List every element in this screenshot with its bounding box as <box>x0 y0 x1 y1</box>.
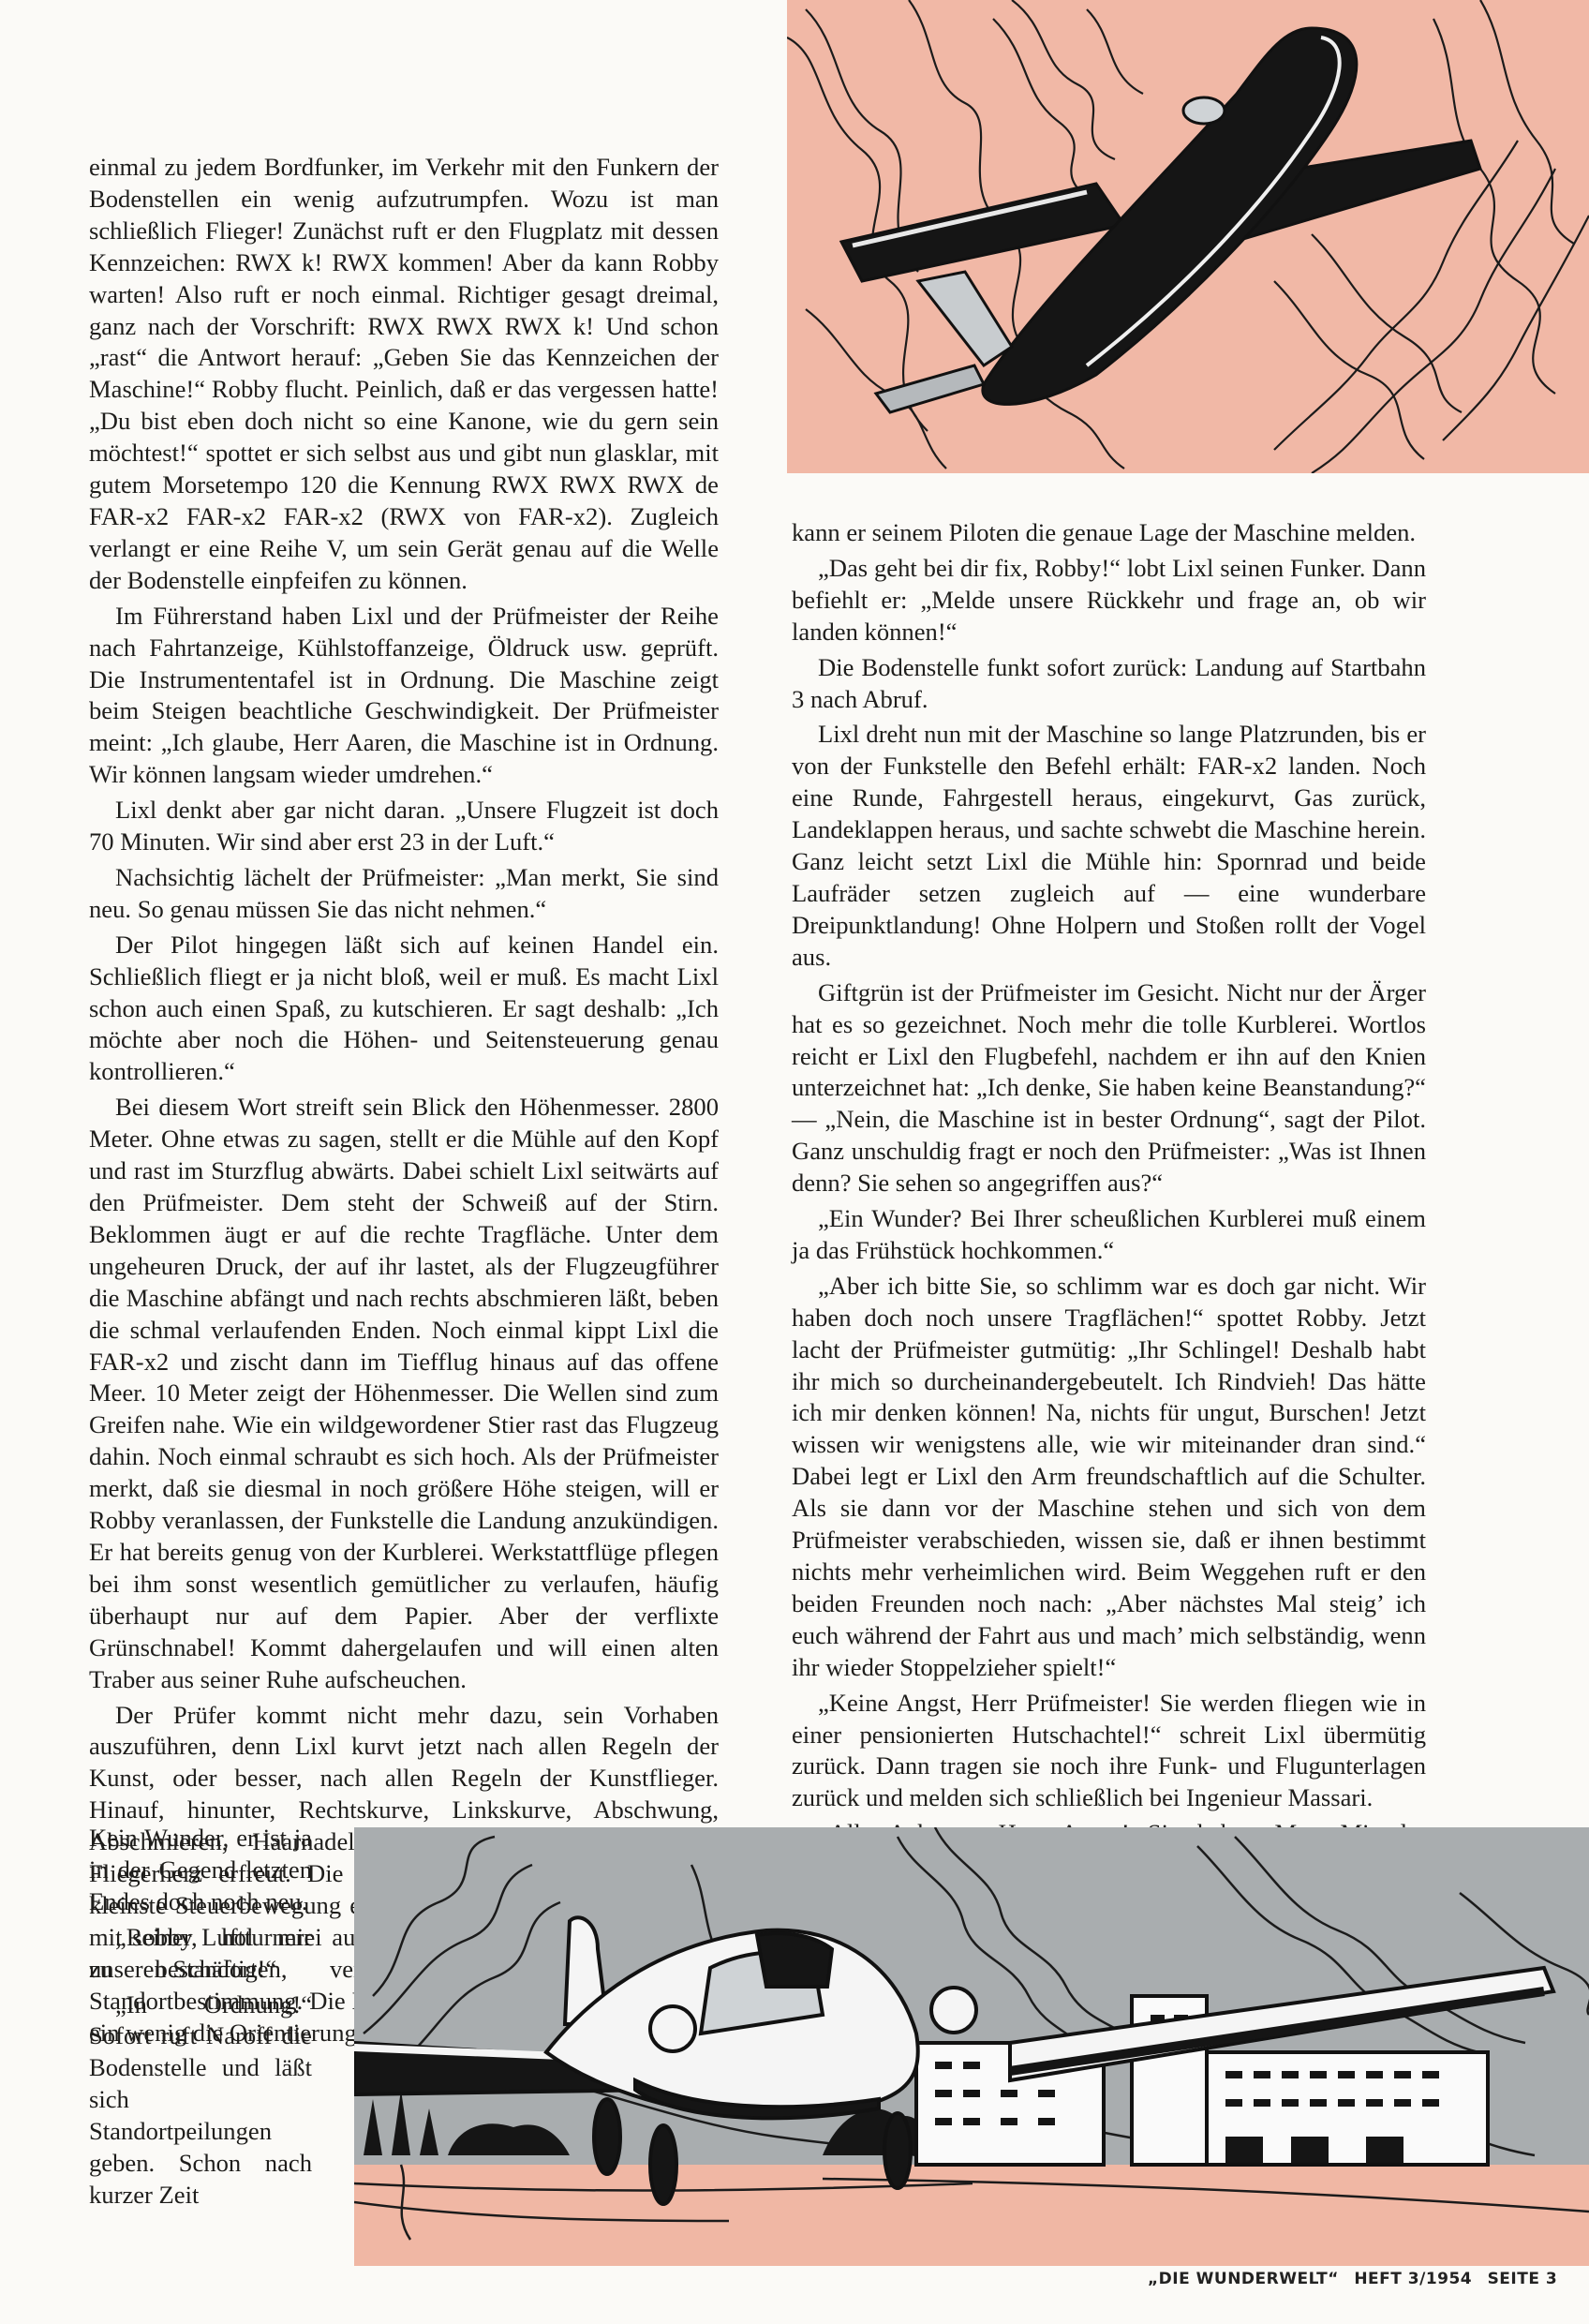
paragraph: Die Bodenstelle funkt sofort zurück: Lan… <box>792 652 1426 716</box>
paragraph: „Keine Angst, Herr Prüfmeister! Sie werd… <box>792 1688 1426 1815</box>
paragraph: Lixl dreht nun mit der Maschine so lange… <box>792 719 1426 973</box>
paragraph: kann er seinem Piloten die genaue Lage d… <box>792 517 1426 549</box>
magazine-title: „DIE WUNDERWELT“ <box>1148 2270 1339 2288</box>
paragraph: „Aber ich bitte Sie, so schlimm war es d… <box>792 1271 1426 1684</box>
article-text-right-column: kann er seinem Piloten die genaue Lage d… <box>792 517 1426 1949</box>
page-number: SEITE 3 <box>1488 2270 1558 2288</box>
paragraph: „In Ordnung!“ Sofort ruft Naroff die Bod… <box>89 1989 312 2212</box>
illustration-landing-airplane <box>354 1827 1589 2266</box>
paragraph: „Das geht bei dir fix, Robby!“ lobt Lixl… <box>792 553 1426 648</box>
page-footer: „DIE WUNDERWELT“ HEFT 3/1954 SEITE 3 <box>1148 2270 1541 2288</box>
article-text-narrow-column: Kein Wunder, er ist ja in der Gegend let… <box>89 1823 312 2212</box>
paragraph: „Robby, hol mir unseren Standort!“ <box>89 1922 312 1986</box>
paragraph: Nachsichtig lächelt der Prüfmeister: „Ma… <box>89 862 719 926</box>
airplane-clouds-drawing <box>787 0 1589 473</box>
article-text-left-column: einmal zu jedem Bordfunker, im Verkehr m… <box>89 152 719 2048</box>
illustration-diving-airplane <box>787 0 1589 473</box>
paragraph: Lixl denkt aber gar nicht daran. „Unsere… <box>89 795 719 858</box>
paragraph: Im Führerstand haben Lixl und der Prüfme… <box>89 601 719 791</box>
paragraph: einmal zu jedem Bordfunker, im Verkehr m… <box>89 152 719 597</box>
paragraph: Der Pilot hingegen läßt sich auf keinen … <box>89 930 719 1089</box>
issue-number: HEFT 3/1954 <box>1354 2270 1472 2288</box>
airplane-airport-drawing <box>354 1827 1589 2266</box>
paragraph: Kein Wunder, er ist ja in der Gegend let… <box>89 1823 312 1918</box>
paragraph: „Ein Wunder? Bei Ihrer scheußlichen Kurb… <box>792 1203 1426 1267</box>
paragraph: Bei diesem Wort streift sein Blick den H… <box>89 1092 719 1695</box>
paragraph: Giftgrün ist der Prüfmeister im Gesicht.… <box>792 977 1426 1199</box>
